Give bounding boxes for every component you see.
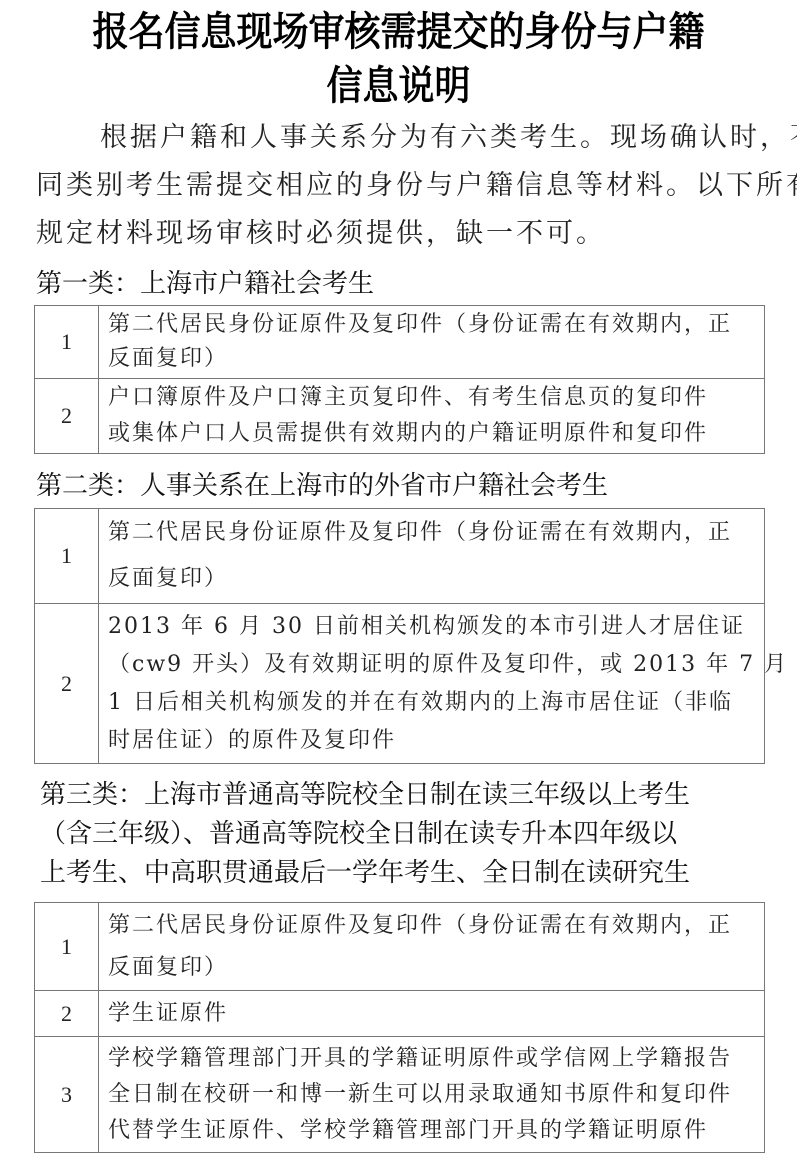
requirement-line: 第二代居民身份证原件及复印件（身份证需在有效期内，正 xyxy=(108,308,764,342)
intro-line: 规定材料现场审核时必须提供，缺一不可。 xyxy=(36,210,776,258)
requirement-line: 第二代居民身份证原件及复印件（身份证需在有效期内，正 xyxy=(108,510,764,556)
section-heading-line: 第三类：上海市普通高等院校全日制在读三年级以上考生 xyxy=(40,776,780,815)
row-requirement: 学校学籍管理部门开具的学籍证明原件或学信网上学籍报告 全日制在校研一和博一新生可… xyxy=(99,1037,765,1153)
row-requirement: 第二代居民身份证原件及复印件（身份证需在有效期内，正 反面复印） xyxy=(99,306,765,379)
table-row: 1 第二代居民身份证原件及复印件（身份证需在有效期内，正 反面复印） xyxy=(35,306,765,379)
table-row: 2 户口簿原件及户口簿主页复印件、有考生信息页的复印件 或集体户口人员需提供有效… xyxy=(35,379,765,454)
table-row: 1 第二代居民身份证原件及复印件（身份证需在有效期内，正 反面复印） xyxy=(35,509,765,604)
intro-line: 同类别考生需提交相应的身份与户籍信息等材料。以下所有 xyxy=(36,162,776,210)
row-requirement: 第二代居民身份证原件及复印件（身份证需在有效期内，正 反面复印） xyxy=(99,509,765,604)
row-number: 2 xyxy=(35,604,99,764)
row-number: 2 xyxy=(35,991,99,1037)
row-number: 1 xyxy=(35,306,99,379)
section-heading-line: 第一类：上海市户籍社会考生 xyxy=(36,264,776,304)
section-heading-line: 第二类：人事关系在上海市的外省市户籍社会考生 xyxy=(36,466,776,506)
intro-line: 根据户籍和人事关系分为有六类考生。现场确认时，不 xyxy=(46,114,776,162)
row-number: 2 xyxy=(35,379,99,454)
requirement-line: 或集体户口人员需提供有效期内的户籍证明原件和复印件 xyxy=(108,416,764,452)
row-number: 3 xyxy=(35,1037,99,1153)
requirement-line: 1 日后相关机构颁发的并在有效期内的上海市居住证（非临 xyxy=(108,684,764,722)
requirement-line: 第二代居民身份证原件及复印件（身份证需在有效期内，正 xyxy=(108,905,764,947)
requirement-line: 代替学生证原件、学校学籍管理部门开具的学籍证明原件 xyxy=(108,1113,764,1149)
requirements-table-category-1: 1 第二代居民身份证原件及复印件（身份证需在有效期内，正 反面复印） 2 户口簿… xyxy=(34,305,765,454)
requirement-line: 时居住证）的原件及复印件 xyxy=(108,722,764,760)
requirements-table-category-3: 1 第二代居民身份证原件及复印件（身份证需在有效期内，正 反面复印） 2 学生证… xyxy=(34,902,765,1153)
row-number: 1 xyxy=(35,903,99,991)
row-requirement: 2013 年 6 月 30 日前相关机构颁发的本市引进人才居住证 （cw9 开头… xyxy=(99,604,765,764)
requirements-table-category-2: 1 第二代居民身份证原件及复印件（身份证需在有效期内，正 反面复印） 2 201… xyxy=(34,508,765,764)
requirement-line: 学生证原件 xyxy=(108,996,764,1032)
intro-paragraph: 根据户籍和人事关系分为有六类考生。现场确认时，不 同类别考生需提交相应的身份与户… xyxy=(36,114,776,258)
row-requirement: 学生证原件 xyxy=(99,991,765,1037)
document-title-line-2: 信息说明 xyxy=(40,62,757,110)
document-title-line-1: 报名信息现场审核需提交的身份与户籍 xyxy=(40,8,757,56)
row-requirement: 第二代居民身份证原件及复印件（身份证需在有效期内，正 反面复印） xyxy=(99,903,765,991)
requirement-line: 反面复印） xyxy=(108,556,764,602)
requirement-line: 反面复印） xyxy=(108,947,764,989)
requirement-line: 学校学籍管理部门开具的学籍证明原件或学信网上学籍报告 xyxy=(108,1041,764,1077)
table-row: 3 学校学籍管理部门开具的学籍证明原件或学信网上学籍报告 全日制在校研一和博一新… xyxy=(35,1037,765,1153)
requirement-line: 反面复印） xyxy=(108,342,764,376)
requirement-line: 全日制在校研一和博一新生可以用录取通知书原件和复印件 xyxy=(108,1077,764,1113)
table-row: 1 第二代居民身份证原件及复印件（身份证需在有效期内，正 反面复印） xyxy=(35,903,765,991)
table-row: 2 2013 年 6 月 30 日前相关机构颁发的本市引进人才居住证 （cw9 … xyxy=(35,604,765,764)
row-requirement: 户口簿原件及户口簿主页复印件、有考生信息页的复印件 或集体户口人员需提供有效期内… xyxy=(99,379,765,454)
row-number: 1 xyxy=(35,509,99,604)
section-heading-category-2: 第二类：人事关系在上海市的外省市户籍社会考生 xyxy=(36,466,776,506)
section-heading-category-3: 第三类：上海市普通高等院校全日制在读三年级以上考生 （含三年级）、普通高等院校全… xyxy=(40,776,780,893)
section-heading-line: （含三年级）、普通高等院校全日制在读专升本四年级以 xyxy=(40,815,780,854)
section-heading-line: 上考生、中高职贯通最后一学年考生、全日制在读研究生 xyxy=(40,854,780,893)
requirement-line: 户口簿原件及户口簿主页复印件、有考生信息页的复印件 xyxy=(108,380,764,416)
table-row: 2 学生证原件 xyxy=(35,991,765,1037)
requirement-line: （cw9 开头）及有效期证明的原件及复印件，或 2013 年 7 月 xyxy=(108,646,764,684)
requirement-line: 2013 年 6 月 30 日前相关机构颁发的本市引进人才居住证 xyxy=(108,608,764,646)
section-heading-category-1: 第一类：上海市户籍社会考生 xyxy=(36,264,776,304)
